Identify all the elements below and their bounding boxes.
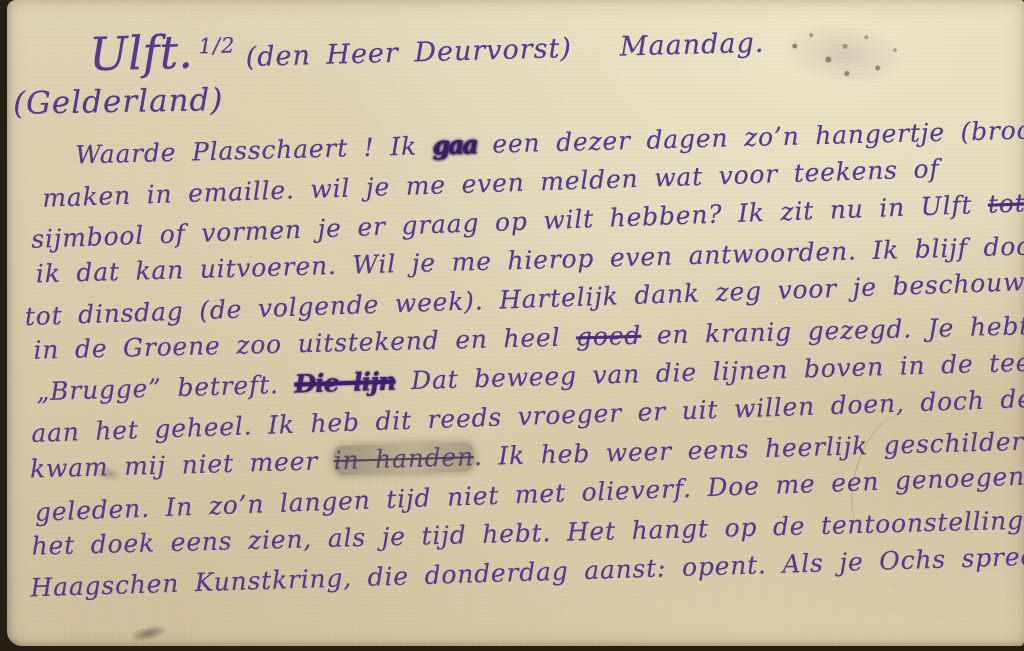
addressee-note: (den Heer Deurvorst) <box>245 33 572 73</box>
scribbled-text-segment: Die lijn <box>294 367 396 399</box>
letter-body: Waarde Plasschaert ! Ik gaa een dezer da… <box>29 113 1024 602</box>
text-segment: „Brugge” betreft. <box>36 370 295 407</box>
text-segment: Waarde Plasschaert ! Ik <box>75 131 433 169</box>
header-place-line: Ulft.1/2(den Heer Deurvorst)Maandag. <box>88 9 764 82</box>
struck-text-segment: tot <box>987 188 1024 218</box>
postmark-smudge <box>779 15 910 88</box>
blot-text-segment: gaa <box>432 130 477 160</box>
region-line: (Gelderland) <box>13 82 224 122</box>
struck-text-segment: goed <box>576 321 642 352</box>
date: 1/2 <box>198 33 235 58</box>
region: (Gelderland) <box>13 82 224 122</box>
ink-smudge-bottom <box>131 622 169 644</box>
text-segment: kwam mij niet meer <box>30 446 334 483</box>
postcard: Ulft.1/2(den Heer Deurvorst)Maandag. (Ge… <box>7 0 1024 646</box>
day-name: Maandag. <box>619 28 764 63</box>
text-segment: en kranig gezegd. Je hebt gelijk wat <box>641 308 1024 350</box>
place-name: Ulft. <box>88 25 193 82</box>
smudged-text-segment: in handen <box>333 442 474 475</box>
